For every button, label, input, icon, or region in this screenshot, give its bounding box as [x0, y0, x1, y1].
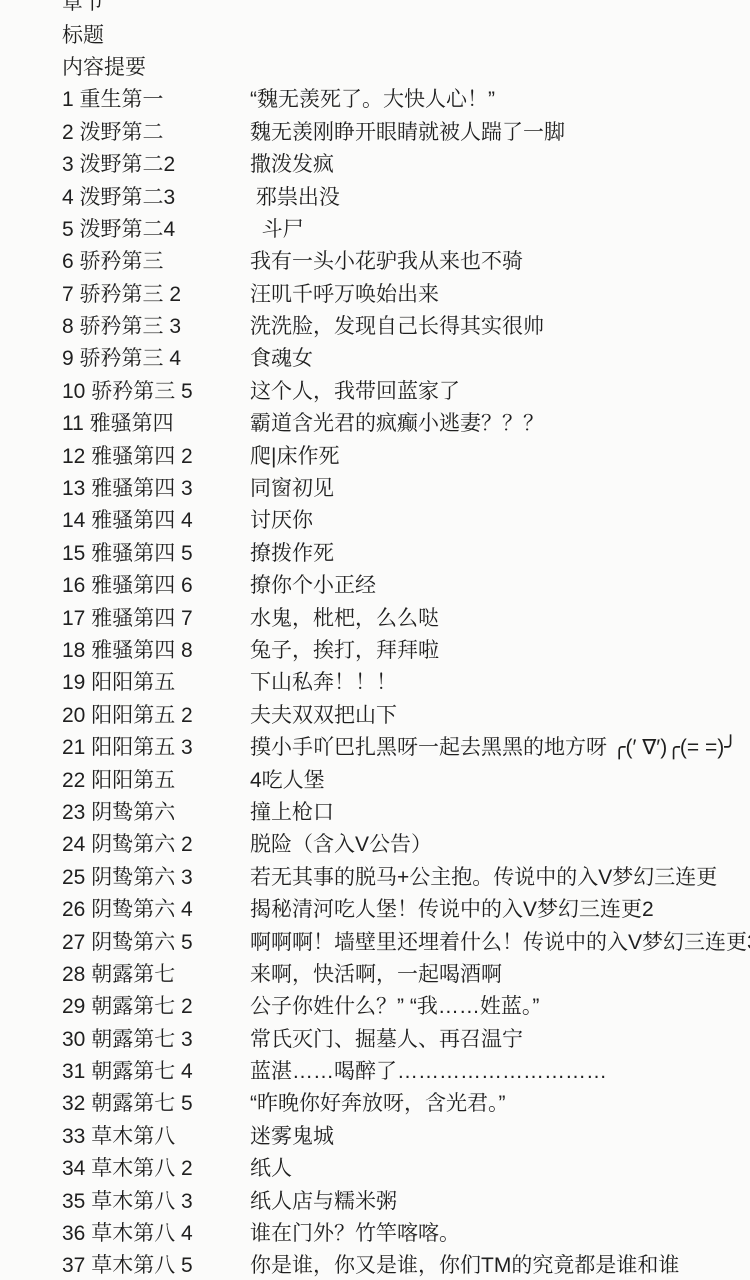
chapter-row: 26 阴鸷第六 4揭秘清河吃人堡！传说中的入V梦幻三连更2 [0, 892, 750, 924]
chapter-summary: 啊啊啊！墙壁里还埋着什么！传说中的入V梦幻三连更3 [250, 926, 750, 956]
chapter-title: 27 阴鸷第六 5 [62, 926, 250, 956]
column-header-row: 标题 [0, 17, 750, 49]
chapter-row: 5 泼野第二4 斗尸 [0, 212, 750, 244]
chapter-row: 6 骄矜第三我有一头小花驴我从来也不骑 [0, 244, 750, 276]
chapter-row: 29 朝露第七 2公子你姓什么？” “我……姓蓝。” [0, 989, 750, 1021]
chapter-title: 24 阴鸷第六 2 [62, 828, 250, 858]
chapter-title: 36 草木第八 4 [62, 1217, 250, 1247]
chapter-summary: 爬|床作死 [250, 440, 750, 470]
chapter-title: 19 阳阳第五 [62, 666, 250, 696]
chapter-title: 11 雅骚第四 [62, 407, 250, 437]
chapter-summary: 霸道含光君的疯癫小逃妻？？？ [250, 407, 750, 437]
chapter-row: 13 雅骚第四 3同窗初见 [0, 471, 750, 503]
chapter-row: 23 阴鸷第六撞上枪口 [0, 795, 750, 827]
chapter-row: 12 雅骚第四 2爬|床作死 [0, 438, 750, 470]
chapter-summary: “魏无羡死了。大快人心！” [250, 83, 750, 113]
chapter-title: 18 雅骚第四 8 [62, 634, 250, 664]
chapter-title: 35 草木第八 3 [62, 1185, 250, 1215]
chapter-summary: 这个人，我带回蓝家了 [250, 375, 750, 405]
chapter-title: 28 朝露第七 [62, 958, 250, 988]
column-header-row: 章节 [0, 0, 750, 17]
chapter-summary: 撩拨作死 [250, 537, 750, 567]
chapter-title: 32 朝露第七 5 [62, 1087, 250, 1117]
chapter-index-list: 章节标题内容提要1 重生第一“魏无羡死了。大快人心！”2 泼野第二魏无羡刚睁开眼… [0, 0, 750, 1280]
column-header-label: 内容提要 [62, 51, 146, 81]
chapter-summary: 讨厌你 [250, 504, 750, 534]
chapter-summary: 纸人 [250, 1152, 750, 1182]
chapter-summary: 常氏灭门、掘墓人、再召温宁 [250, 1023, 750, 1053]
chapter-summary: 公子你姓什么？” “我……姓蓝。” [250, 990, 750, 1020]
chapter-title: 29 朝露第七 2 [62, 990, 250, 1020]
chapter-summary: 撞上枪口 [250, 796, 750, 826]
chapter-title: 22 阳阳第五 [62, 764, 250, 794]
chapter-summary: 4吃人堡 [250, 764, 750, 794]
chapter-row: 32 朝露第七 5“昨晚你好奔放呀，含光君。” [0, 1086, 750, 1118]
chapter-row: 14 雅骚第四 4讨厌你 [0, 503, 750, 535]
chapter-title: 1 重生第一 [62, 83, 250, 113]
chapter-title: 31 朝露第七 4 [62, 1055, 250, 1085]
chapter-summary: 若无其事的脱马+公主抱。传说中的入V梦幻三连更 [250, 861, 750, 891]
chapter-title: 34 草木第八 2 [62, 1152, 250, 1182]
chapter-summary: 水鬼，枇杷，么么哒 [250, 602, 750, 632]
chapter-row: 17 雅骚第四 7水鬼，枇杷，么么哒 [0, 600, 750, 632]
chapter-title: 9 骄矜第三 4 [62, 342, 250, 372]
chapter-row: 10 骄矜第三 5这个人，我带回蓝家了 [0, 374, 750, 406]
chapter-row: 33 草木第八迷雾鬼城 [0, 1119, 750, 1151]
chapter-row: 1 重生第一“魏无羡死了。大快人心！” [0, 82, 750, 114]
chapter-row: 22 阳阳第五4吃人堡 [0, 762, 750, 794]
chapter-title: 14 雅骚第四 4 [62, 504, 250, 534]
chapter-title: 26 阴鸷第六 4 [62, 893, 250, 923]
chapter-summary: 食魂女 [250, 342, 750, 372]
column-header-row: 内容提要 [0, 50, 750, 82]
chapter-summary: 脱险（含入V公告） [250, 828, 750, 858]
chapter-summary: 兔子，挨打，拜拜啦 [250, 634, 750, 664]
chapter-row: 4 泼野第二3 邪祟出没 [0, 179, 750, 211]
chapter-row: 25 阴鸷第六 3若无其事的脱马+公主抱。传说中的入V梦幻三连更 [0, 860, 750, 892]
chapter-title: 4 泼野第二3 [62, 181, 250, 211]
chapter-summary: 同窗初见 [250, 472, 750, 502]
chapter-summary: 来啊，快活啊，一起喝酒啊 [250, 958, 750, 988]
chapter-title: 20 阳阳第五 2 [62, 699, 250, 729]
chapter-row: 36 草木第八 4谁在门外？竹竿喀喀。 [0, 1216, 750, 1248]
chapter-summary: 迷雾鬼城 [250, 1120, 750, 1150]
chapter-row: 18 雅骚第四 8兔子，挨打，拜拜啦 [0, 633, 750, 665]
chapter-summary: 邪祟出没 [250, 181, 750, 211]
chapter-summary: 撩你个小正经 [250, 569, 750, 599]
chapter-row: 31 朝露第七 4蓝湛……喝醉了………………………… [0, 1054, 750, 1086]
chapter-title: 23 阴鸷第六 [62, 796, 250, 826]
chapter-summary: 揭秘清河吃人堡！传说中的入V梦幻三连更2 [250, 893, 750, 923]
chapter-summary: 谁在门外？竹竿喀喀。 [250, 1217, 750, 1247]
chapter-row: 27 阴鸷第六 5啊啊啊！墙壁里还埋着什么！传说中的入V梦幻三连更3 [0, 924, 750, 956]
chapter-title: 3 泼野第二2 [62, 148, 250, 178]
chapter-title: 2 泼野第二 [62, 116, 250, 146]
chapter-summary: 摸小手吖巴扎黑呀一起去黑黑的地方呀 ╭(′ ∇′)╭(= =)╯ [250, 731, 750, 761]
chapter-row: 11 雅骚第四霸道含光君的疯癫小逃妻？？？ [0, 406, 750, 438]
chapter-summary: 纸人店与糯米粥 [250, 1185, 750, 1215]
chapter-row: 34 草木第八 2纸人 [0, 1151, 750, 1183]
chapter-title: 37 草木第八 5 [62, 1249, 250, 1279]
chapter-title: 13 雅骚第四 3 [62, 472, 250, 502]
chapter-title: 5 泼野第二4 [62, 213, 250, 243]
chapter-summary: 魏无羡刚睁开眼睛就被人踹了一脚 [250, 116, 750, 146]
chapter-row: 30 朝露第七 3常氏灭门、掘墓人、再召温宁 [0, 1022, 750, 1054]
column-header-label: 标题 [62, 19, 104, 49]
chapter-row: 28 朝露第七来啊，快活啊，一起喝酒啊 [0, 957, 750, 989]
chapter-title: 16 雅骚第四 6 [62, 569, 250, 599]
chapter-title: 25 阴鸷第六 3 [62, 861, 250, 891]
chapter-row: 7 骄矜第三 2汪叽千呼万唤始出来 [0, 277, 750, 309]
chapter-summary: 撒泼发疯 [250, 148, 750, 178]
chapter-summary: “昨晚你好奔放呀，含光君。” [250, 1087, 750, 1117]
chapter-title: 6 骄矜第三 [62, 245, 250, 275]
chapter-row: 37 草木第八 5你是谁，你又是谁，你们TM的究竟都是谁和谁 [0, 1248, 750, 1280]
chapter-row: 24 阴鸷第六 2脱险（含入V公告） [0, 827, 750, 859]
chapter-summary: 你是谁，你又是谁，你们TM的究竟都是谁和谁 [250, 1249, 750, 1279]
document-page[interactable]: 章节标题内容提要1 重生第一“魏无羡死了。大快人心！”2 泼野第二魏无羡刚睁开眼… [0, 0, 750, 1280]
chapter-row: 15 雅骚第四 5撩拨作死 [0, 536, 750, 568]
chapter-row: 9 骄矜第三 4食魂女 [0, 341, 750, 373]
chapter-title: 30 朝露第七 3 [62, 1023, 250, 1053]
chapter-summary: 蓝湛……喝醉了………………………… [250, 1055, 750, 1085]
chapter-summary: 下山私奔！！！ [250, 666, 750, 696]
chapter-summary: 我有一头小花驴我从来也不骑 [250, 245, 750, 275]
chapter-title: 33 草木第八 [62, 1120, 250, 1150]
chapter-title: 15 雅骚第四 5 [62, 537, 250, 567]
chapter-row: 3 泼野第二2撒泼发疯 [0, 147, 750, 179]
chapter-summary: 斗尸 [250, 213, 750, 243]
chapter-title: 8 骄矜第三 3 [62, 310, 250, 340]
chapter-row: 8 骄矜第三 3洗洗脸，发现自己长得其实很帅 [0, 309, 750, 341]
chapter-title: 7 骄矜第三 2 [62, 278, 250, 308]
chapter-summary: 汪叽千呼万唤始出来 [250, 278, 750, 308]
chapter-row: 20 阳阳第五 2夫夫双双把山下 [0, 698, 750, 730]
chapter-title: 12 雅骚第四 2 [62, 440, 250, 470]
chapter-summary: 夫夫双双把山下 [250, 699, 750, 729]
chapter-row: 2 泼野第二魏无羡刚睁开眼睛就被人踹了一脚 [0, 115, 750, 147]
chapter-title: 17 雅骚第四 7 [62, 602, 250, 632]
chapter-row: 19 阳阳第五下山私奔！！！ [0, 665, 750, 697]
chapter-title: 10 骄矜第三 5 [62, 375, 250, 405]
chapter-summary: 洗洗脸，发现自己长得其实很帅 [250, 310, 750, 340]
chapter-title: 21 阳阳第五 3 [62, 731, 250, 761]
column-header-label: 章节 [62, 0, 104, 16]
chapter-row: 16 雅骚第四 6撩你个小正经 [0, 568, 750, 600]
chapter-row: 21 阳阳第五 3摸小手吖巴扎黑呀一起去黑黑的地方呀 ╭(′ ∇′)╭(= =)… [0, 730, 750, 762]
chapter-row: 35 草木第八 3纸人店与糯米粥 [0, 1183, 750, 1215]
